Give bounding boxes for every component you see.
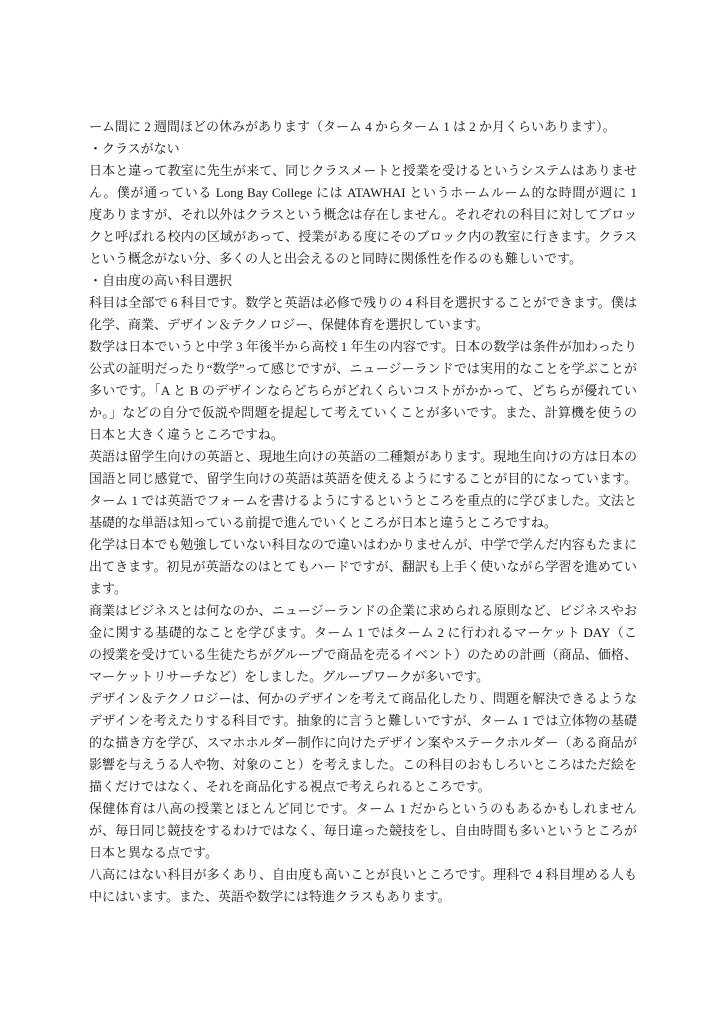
paragraph: 化学は日本でも勉強していない科目なので違いはわかりませんが、中学で学んだ内容もた… [89,534,637,600]
text-line: ・自由度の高い科目選択 [89,270,637,292]
text-line: 国語と同じ感覚で、留学生向けの英語は英語を使えるようにすることが目的になっていま… [89,468,637,490]
text-line: 保健体育は八高の授業とほとんど同じです。ターム 1 だからというのもあるかもしれ… [89,798,637,820]
text-line: 度ありますが、それ以外はクラスという概念は存在しません。それぞれの科目に対してブ… [89,204,637,226]
text-line: ん。僕が通っている Long Bay College には ATAWHAI とい… [89,182,637,204]
text-line: 科目は全部で 6 科目です。数学と英語は必修で残りの 4 科目を選択することがで… [89,292,637,314]
text-line: 日本と大きく違うところですね。 [89,424,637,446]
document-body: ーム間に 2 週間ほどの休みがあります（ターム 4 からターム 1 は 2 か月… [89,116,637,908]
text-line: 基礎的な単語は知っている前提で進んでいくところが日本と違うところですね。 [89,512,637,534]
text-line: が、毎日同じ競技をするわけではなく、毎日違った競技をし、自由時間も多いというとこ… [89,820,637,842]
text-line: マーケットリサーチなど）をしました。グループワークが多いです。 [89,666,637,688]
text-line: ・クラスがない [89,138,637,160]
text-line: 描くだけではなく、それを商品化する視点で考えられるところです。 [89,776,637,798]
paragraph: ・自由度の高い科目選択 [89,270,637,292]
text-line: ます。 [89,578,637,600]
text-line: 数学は日本でいうと中学 3 年後半から高校 1 年生の内容です。日本の数学は条件… [89,336,637,358]
text-line: 日本と異なる点です。 [89,842,637,864]
text-line: 金に関する基礎的なことを学びます。ターム 1 ではターム 2 に行われるマーケッ… [89,622,637,644]
paragraph: 保健体育は八高の授業とほとんど同じです。ターム 1 だからというのもあるかもしれ… [89,798,637,864]
text-line: 出てきます。初見が英語なのはとてもハードですが、翻訳も上手く使いながら学習を進め… [89,556,637,578]
paragraph: ーム間に 2 週間ほどの休みがあります（ターム 4 からターム 1 は 2 か月… [89,116,637,138]
text-line: 商業はビジネスとは何なのか、ニュージーランドの企業に求められる原則など、ビジネス… [89,600,637,622]
text-line: 的な描き方を学び、スマホホルダー制作に向けたデザイン案やステークホルダー（ある商… [89,732,637,754]
text-line: の授業を受けている生徒たちがグループで商品を売るイベント）のための計画（商品、価… [89,644,637,666]
text-line: か。」などの自分で仮説や問題を提起して考えていくことが多いです。また、計算機を使… [89,402,637,424]
text-line: 中にはいます。また、英語や数学には特進クラスもあります。 [89,886,637,908]
text-line: ーム間に 2 週間ほどの休みがあります（ターム 4 からターム 1 は 2 か月… [89,116,637,138]
paragraph: ・クラスがない [89,138,637,160]
paragraph: 商業はビジネスとは何なのか、ニュージーランドの企業に求められる原則など、ビジネス… [89,600,637,688]
text-line: 化学は日本でも勉強していない科目なので違いはわかりませんが、中学で学んだ内容もた… [89,534,637,556]
text-line: という概念がない分、多くの人と出会えるのと同時に関係性を作るのも難しいです。 [89,248,637,270]
text-line: 英語は留学生向けの英語と、現地生向けの英語の二種類があります。現地生向けの方は日… [89,446,637,468]
text-line: ターム 1 では英語でフォームを書けるようにするというところを重点的に学びました… [89,490,637,512]
paragraph: 数学は日本でいうと中学 3 年後半から高校 1 年生の内容です。日本の数学は条件… [89,336,637,446]
text-line: 影響を与えうる人や物、対象のこと）を考えました。この科目のおもしろいところはただ… [89,754,637,776]
paragraph: 八高にはない科目が多くあり、自由度も高いことが良いところです。理科で 4 科目埋… [89,864,637,908]
text-line: 八高にはない科目が多くあり、自由度も高いことが良いところです。理科で 4 科目埋… [89,864,637,886]
paragraph: 科目は全部で 6 科目です。数学と英語は必修で残りの 4 科目を選択することがで… [89,292,637,336]
text-line: クと呼ばれる校内の区域があって、授業がある度にそのブロック内の教室に行きます。ク… [89,226,637,248]
paragraph: デザイン＆テクノロジーは、何かのデザインを考えて商品化したり、問題を解決できるよ… [89,688,637,798]
paragraph: 日本と違って教室に先生が来て、同じクラスメートと授業を受けるというシステムはあり… [89,160,637,270]
text-line: 多いです。「A と B のデザインならどちらがどれくらいコストがかかって、どちら… [89,380,637,402]
text-line: 日本と違って教室に先生が来て、同じクラスメートと授業を受けるというシステムはあり… [89,160,637,182]
paragraph: 英語は留学生向けの英語と、現地生向けの英語の二種類があります。現地生向けの方は日… [89,446,637,534]
text-line: 公式の証明だったり“数学”って感じですが、ニュージーランドでは実用的なことを学ぶ… [89,358,637,380]
text-line: デザインを考えたりする科目です。抽象的に言うと難しいですが、ターム 1 では立体… [89,710,637,732]
document-page: ーム間に 2 週間ほどの休みがあります（ターム 4 からターム 1 は 2 か月… [0,0,724,1024]
text-line: 化学、商業、デザイン＆テクノロジー、保健体育を選択しています。 [89,314,637,336]
text-line: デザイン＆テクノロジーは、何かのデザインを考えて商品化したり、問題を解決できるよ… [89,688,637,710]
